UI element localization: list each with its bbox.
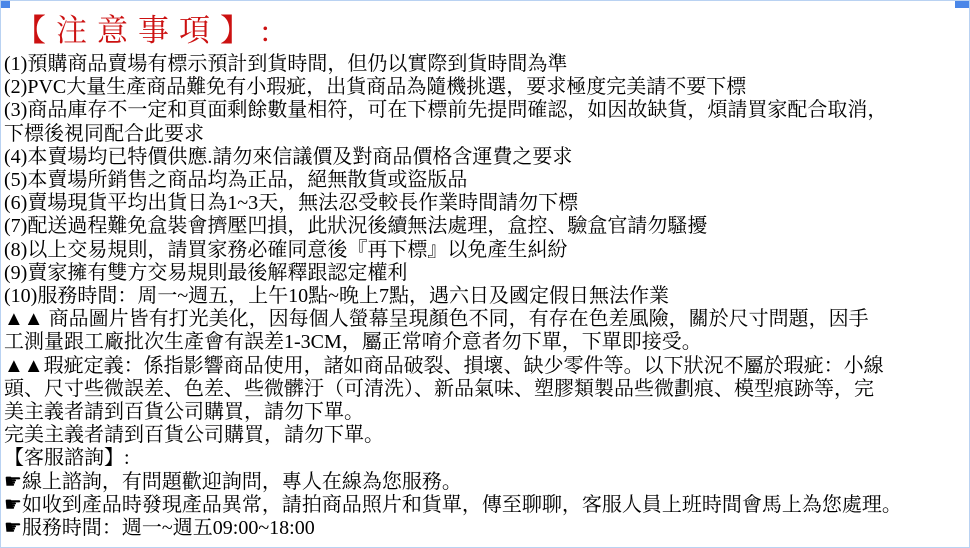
warning-paragraph-defects: ▲▲瑕疵定義：係指影響商品使用，諸如商品破裂、損壞、缺少零件等。以下狀況不屬於瑕… bbox=[4, 355, 967, 425]
service-abnormal-text: 如收到產品時發現產品異常，請拍商品照片和貨單，傳至聊聊，客服人員上班時間會馬上為… bbox=[22, 494, 902, 516]
notice-item-10: (10)服務時間：周一~週五，上午10點~晚上7點，遇六日及國定假日無法作業 bbox=[4, 285, 967, 308]
service-section-title: 【客服諮詢】: bbox=[4, 447, 967, 470]
notice-item-1: (1)預購商品賣場有標示預計到貨時間，但仍以實際到貨時間為準 bbox=[4, 53, 967, 76]
service-item-hours: ☛服務時間：週一~週五09:00~18:00 bbox=[4, 517, 967, 540]
pointing-finger-icon: ☛ bbox=[4, 471, 22, 493]
notice-item-7: (7)配送過程難免盒裝會擠壓凹損，此狀況後續無法處理，盒控、驗盒官請勿騷擾 bbox=[4, 215, 967, 238]
notice-item-9: (9)賣家擁有雙方交易規則最後解釋跟認定權利 bbox=[4, 262, 967, 285]
warning-triangles-icon: ▲▲ bbox=[4, 355, 44, 377]
seller-notice-page: 【注意事項】: (1)預購商品賣場有標示預計到貨時間，但仍以實際到貨時間為準 (… bbox=[0, 0, 970, 548]
service-item-abnormal: ☛如收到產品時發現產品異常，請拍商品照片和貨單，傳至聊聊，客服人員上班時間會馬上… bbox=[4, 494, 967, 517]
service-online-text: 線上諮詢，有問題歡迎詢問，專人在線為您服務。 bbox=[22, 471, 462, 493]
warning-triangles-icon: ▲▲ bbox=[4, 308, 49, 330]
service-item-online: ☛線上諮詢，有問題歡迎詢問，專人在線為您服務。 bbox=[4, 471, 967, 494]
warning-defects-text: 瑕疵定義：係指影響商品使用，諸如商品破裂、損壞、缺少零件等。以下狀況不屬於瑕疵：… bbox=[4, 355, 884, 423]
top-left-accent bbox=[1, 1, 10, 8]
notice-item-5: (5)本賣場所銷售之商品均為正品，絕無散貨或盜版品 bbox=[4, 169, 967, 192]
notice-item-2: (2)PVC大量生產商品難免有小瑕疵，出貨商品為隨機挑選，要求極度完美請不要下標 bbox=[4, 76, 967, 99]
page-title: 【注意事項】: bbox=[15, 12, 967, 50]
warning-photos-text: 商品圖片皆有打光美化，因每個人螢幕呈現顏色不同，有存在色差風險，關於尺寸問題，因… bbox=[4, 308, 869, 353]
notice-item-4: (4)本賣場均已特價供應.請勿來信議價及對商品價格含運費之要求 bbox=[4, 146, 967, 169]
perfectionist-repeat-line: 完美主義者請到百貨公司購買，請勿下單。 bbox=[4, 424, 967, 447]
notice-item-6: (6)賣場現貨平均出貨日為1~3天，無法忍受較長作業時間請勿下標 bbox=[4, 192, 967, 215]
notice-item-8: (8)以上交易規則，請買家務必確同意後『再下標』以免產生糾紛 bbox=[4, 239, 967, 262]
service-hours-text: 服務時間：週一~週五09:00~18:00 bbox=[22, 517, 315, 539]
pointing-finger-icon: ☛ bbox=[4, 517, 22, 539]
warning-paragraph-photos: ▲▲ 商品圖片皆有打光美化，因每個人螢幕呈現顏色不同，有存在色差風險，關於尺寸問… bbox=[4, 308, 967, 354]
notice-item-3: (3)商品庫存不一定和頁面剩餘數量相符，可在下標前先提問確認，如因故缺貨，煩請買… bbox=[4, 99, 967, 145]
pointing-finger-icon: ☛ bbox=[4, 494, 22, 516]
top-right-accent bbox=[955, 1, 969, 8]
